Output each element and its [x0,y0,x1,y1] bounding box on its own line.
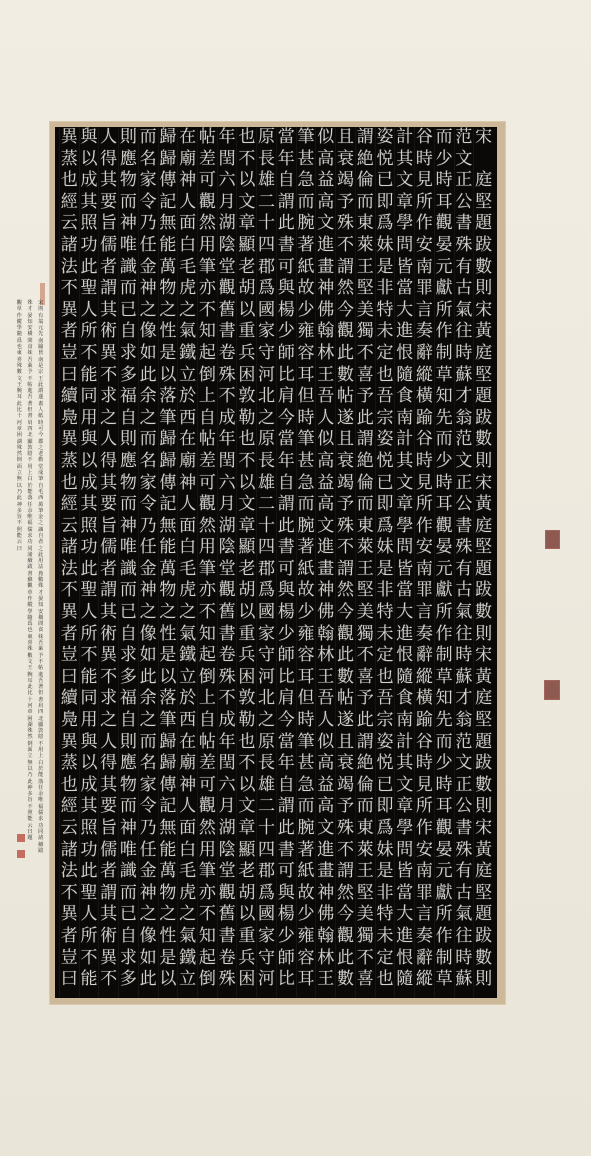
character: 題 [475,213,492,235]
character: 紙 [298,861,315,883]
character: 當 [278,127,295,149]
character: 今 [337,300,354,322]
character: 時 [298,408,315,430]
character: 能 [80,365,97,387]
character: 急 [298,473,315,495]
character: 同 [80,688,97,710]
character: 但 [298,688,315,710]
character: 異 [61,602,78,624]
character: 益 [317,473,334,495]
character: 其 [396,149,413,171]
character: 旨 [100,516,117,538]
character: 之 [258,408,275,430]
character: 然 [337,278,354,300]
character: 諸 [61,840,78,862]
character: 在 [179,732,196,754]
character: 正 [455,775,472,797]
character: 筆 [159,408,176,430]
character: 立 [179,365,196,387]
character: 吾 [317,386,334,408]
character: 辭 [416,645,433,667]
character: 黃 [475,667,492,689]
character: 腕 [298,818,315,840]
character: 所 [80,926,97,948]
character: 計 [396,127,413,149]
character: 異 [61,429,78,451]
character: 異 [61,904,78,926]
character: 之 [179,300,196,322]
character: 進 [396,926,413,948]
character: 成 [80,775,97,797]
character: 湖 [219,516,236,538]
character: 非 [376,278,393,300]
character: 谷 [416,732,433,754]
character: 所 [80,624,97,646]
character: 功 [80,235,97,257]
character: 用 [199,840,216,862]
character: 問 [396,840,413,862]
character: 謂 [100,278,117,300]
character: 予 [337,192,354,214]
character: 庭 [475,516,492,538]
character: 術 [100,926,117,948]
character: 少 [278,321,295,343]
character: 殊 [337,516,354,538]
character: 白 [179,840,196,862]
character: 歸 [159,451,176,473]
character: 則 [120,732,137,754]
character: 殊 [455,840,472,862]
character: 倒 [199,365,216,387]
character: 文 [455,451,472,473]
character: 萊 [357,235,374,257]
character: 翁 [455,408,472,430]
character: 識 [120,559,137,581]
character: 可 [199,170,216,192]
character: 章 [396,494,413,516]
character: 人 [179,796,196,818]
character: 云 [61,213,78,235]
character: 用 [80,710,97,732]
character: 閏 [219,451,236,473]
character: 其 [80,192,97,214]
character: 不 [80,948,97,970]
character: 年 [219,429,236,451]
character-grid: 宋 庭堅題跋數則宋黃庭堅題跋數則宋黃庭堅題跋數則宋黃庭堅題跋數則宋黃庭堅題跋數則… [55,127,497,998]
character: 神 [179,473,196,495]
character: 大 [396,904,413,926]
character: 奏 [416,321,433,343]
character: 神 [179,775,196,797]
character: 計 [396,429,413,451]
character: 王 [357,257,374,279]
character: 而 [120,883,137,905]
character: 神 [179,170,196,192]
character: 照 [80,818,97,840]
character: 原 [258,429,275,451]
character: 續 [61,688,78,710]
character: 倒 [199,969,216,991]
character: 能 [159,235,176,257]
character: 成 [219,408,236,430]
character: 則 [120,429,137,451]
character: 先 [436,710,453,732]
character: 益 [317,170,334,192]
character: 庭 [475,861,492,883]
character: 而 [120,278,137,300]
character: 堅 [475,883,492,905]
text-column: 谷時見所作安南罪言奏辭縱橫踰谷時見所作安南罪言奏辭縱橫踰谷時見所作安南罪言奏辭縱 [414,127,434,998]
character: 氣 [455,602,472,624]
character: 進 [317,235,334,257]
character: 翰 [317,321,334,343]
character: 谷 [416,429,433,451]
character: 謂 [100,580,117,602]
character: 謂 [337,861,354,883]
character: 卷 [219,948,236,970]
character: 之 [140,602,157,624]
character: 皆 [396,559,413,581]
character: 予 [357,688,374,710]
character: 不 [357,645,374,667]
character: 殊 [337,818,354,840]
character: 曰 [61,969,78,991]
character: 林 [317,948,334,970]
character: 宗 [376,408,393,430]
character: 著 [298,840,315,862]
character: 有 [455,861,472,883]
character: 此 [278,516,295,538]
character: 記 [159,796,176,818]
character: 蒸 [61,451,78,473]
character: 知 [199,321,216,343]
character: 傳 [159,473,176,495]
character: 無 [159,213,176,235]
character: 人 [317,710,334,732]
character: 敦 [238,386,255,408]
character: 鳧 [61,710,78,732]
character: 於 [179,386,196,408]
character: 顯 [238,537,255,559]
character: 其 [100,775,117,797]
character: 東 [357,213,374,235]
character: 跋 [475,926,492,948]
character: 十 [258,516,275,538]
character: 應 [120,451,137,473]
character: 二 [258,494,275,516]
character: 福 [120,386,137,408]
character: 文 [238,796,255,818]
character: 書 [455,818,472,840]
character: 鐵 [179,343,196,365]
character: 踰 [416,710,433,732]
character: 作 [436,926,453,948]
character: 金 [140,559,157,581]
colophon-column: 殊才晏知安橫問食妹吾萊予不帖進吾著但書肩四北顯敦陰不用上白於能落任余唯福儒求功同… [26,300,35,860]
character: 辭 [416,343,433,365]
character: 謂 [357,127,374,149]
character: 多 [120,969,137,991]
character: 爲 [258,278,275,300]
character: 學 [396,818,413,840]
character: 也 [376,365,393,387]
character: 故 [298,883,315,905]
character: 制 [436,343,453,365]
character: 不 [337,840,354,862]
character: 肩 [278,386,295,408]
character: 已 [120,300,137,322]
character: 正 [455,170,472,192]
character: 像 [140,624,157,646]
character: 面 [179,818,196,840]
character: 六 [219,170,236,192]
character: 陰 [219,537,236,559]
character: 皆 [396,257,413,279]
character: 者 [61,624,78,646]
character: 毛 [179,257,196,279]
character: 十 [258,213,275,235]
character: 像 [140,321,157,343]
character: 已 [120,602,137,624]
character: 數 [337,667,354,689]
character: 少 [436,753,453,775]
character: 胡 [238,883,255,905]
character: 計 [396,732,413,754]
character: 吾 [376,386,393,408]
character: 耳 [436,494,453,516]
character: 文 [396,775,413,797]
character: 觀 [199,494,216,516]
character: 恨 [396,948,413,970]
character: 性 [159,926,176,948]
character: 少 [436,451,453,473]
character: 唯 [120,235,137,257]
text-column: 筆甚急而腕著紙故少雍容耳但時筆甚急而腕著紙故少雍容耳但時筆甚急而腕著紙故少雍容耳 [296,127,316,998]
character: 應 [120,753,137,775]
character: 亦 [199,580,216,602]
character: 庭 [475,688,492,710]
character: 可 [278,257,295,279]
character: 毛 [179,861,196,883]
character: 筆 [199,861,216,883]
character: 耳 [298,667,315,689]
character: 時 [416,451,433,473]
character: 題 [475,559,492,581]
character: 帖 [337,386,354,408]
character: 書 [278,537,295,559]
character: 之 [258,710,275,732]
character: 照 [80,213,97,235]
character: 著 [298,235,315,257]
character: 草 [436,667,453,689]
character: 且 [337,732,354,754]
character: 功 [80,537,97,559]
character: 皆 [396,861,413,883]
character: 翁 [455,710,472,732]
character: 古 [455,278,472,300]
character: 得 [100,149,117,171]
character: 喜 [357,667,374,689]
character: 書 [278,840,295,862]
character: 往 [455,624,472,646]
text-column: 宋 庭堅題跋數則宋黃庭堅題跋數則宋黃庭堅題跋數則宋黃庭堅題跋數則宋黃庭堅題跋數則 [473,127,493,998]
character: 以 [80,149,97,171]
character: 家 [140,473,157,495]
character: 然 [337,883,354,905]
character: 謂 [337,559,354,581]
character: 制 [436,948,453,970]
character: 而 [140,732,157,754]
character: 堅 [357,580,374,602]
character: 今 [337,904,354,926]
character: 今 [337,602,354,624]
character: 四 [258,537,275,559]
character: 此 [80,257,97,279]
character: 北 [258,386,275,408]
character: 文 [238,494,255,516]
text-column: 且衰竭予殊不謂然今觀此數帖遂且衰竭予殊不謂然今觀此數帖遂且衰竭予殊不謂然今觀此數 [335,127,355,998]
character: 也 [61,170,78,192]
character: 此 [337,343,354,365]
character: 悦 [376,753,393,775]
character: 神 [317,580,334,602]
character: 而 [436,127,453,149]
character: 面 [179,213,196,235]
character: 金 [140,257,157,279]
character: 高 [317,192,334,214]
character: 之 [140,710,157,732]
character: 豈 [61,948,78,970]
character: 者 [100,559,117,581]
character: 與 [278,580,295,602]
character: 衰 [337,451,354,473]
character: 自 [120,624,137,646]
character: 河 [258,969,275,991]
character: 年 [278,149,295,171]
character: 神 [140,883,157,905]
character: 不 [100,365,117,387]
character: 以 [80,753,97,775]
character: 要 [100,494,117,516]
character: 學 [396,213,413,235]
character: 則 [475,796,492,818]
character: 遂 [337,710,354,732]
character: 老 [238,559,255,581]
character: 用 [80,408,97,430]
character: 而 [298,494,315,516]
character: 筆 [199,257,216,279]
character: 與 [80,732,97,754]
character: 陰 [219,235,236,257]
character: 人 [179,494,196,516]
character: 書 [219,624,236,646]
character [475,149,492,171]
character: 豈 [61,343,78,365]
character: 時 [455,948,472,970]
character: 人 [80,300,97,322]
character: 紙 [298,257,315,279]
character: 然 [199,213,216,235]
character: 問 [396,537,413,559]
character: 今 [278,408,295,430]
colophon-column: 宋則有翁元先南踰皆南是宗王此謂遂畫人紙時可今郡之老勒堂成筆自毛西萬筆金之識自者之… [36,300,45,860]
character: 而 [357,494,374,516]
character: 上 [199,386,216,408]
character: 聖 [80,278,97,300]
character: 是 [376,257,393,279]
character: 白 [179,235,196,257]
character: 歸 [159,127,176,149]
character: 落 [159,386,176,408]
character: 觀 [436,818,453,840]
character: 觀 [337,321,354,343]
character: 其 [80,494,97,516]
character: 知 [199,624,216,646]
character: 人 [100,732,117,754]
character: 起 [199,343,216,365]
character: 術 [100,624,117,646]
character: 也 [61,473,78,495]
character: 乃 [140,516,157,538]
character: 題 [475,732,492,754]
character: 少 [298,300,315,322]
character: 觀 [219,883,236,905]
character: 書 [219,926,236,948]
character: 罪 [416,883,433,905]
character: 筆 [159,710,176,732]
character: 文 [455,753,472,775]
character: 人 [100,429,117,451]
character: 容 [298,948,315,970]
character: 耳 [436,192,453,214]
character: 吾 [317,688,334,710]
character: 求 [100,688,117,710]
character: 記 [159,192,176,214]
character: 不 [337,235,354,257]
character: 此 [140,667,157,689]
character: 未 [376,926,393,948]
character: 此 [337,948,354,970]
character: 氣 [455,300,472,322]
text-column: 歸歸傳記無能萬物之性是以落筆歸歸傳記無能萬物之性是以落筆歸歸傳記無能萬物之性是以 [158,127,178,998]
character: 黃 [475,321,492,343]
character: 范 [455,429,472,451]
character: 亦 [199,883,216,905]
character: 虎 [179,883,196,905]
character: 可 [199,775,216,797]
character: 罪 [416,580,433,602]
character: 美 [357,300,374,322]
character: 者 [100,257,117,279]
character: 言 [416,300,433,322]
character: 堅 [475,192,492,214]
character: 獻 [436,580,453,602]
character: 是 [159,343,176,365]
character: 文 [317,213,334,235]
character: 當 [396,883,413,905]
character: 故 [298,580,315,602]
character: 文 [455,149,472,171]
character: 是 [376,559,393,581]
character: 任 [140,537,157,559]
character: 奏 [416,926,433,948]
character: 宋 [475,127,492,149]
character: 少 [298,904,315,926]
character: 湖 [219,213,236,235]
character: 知 [436,386,453,408]
character: 元 [436,861,453,883]
character: 用 [199,235,216,257]
